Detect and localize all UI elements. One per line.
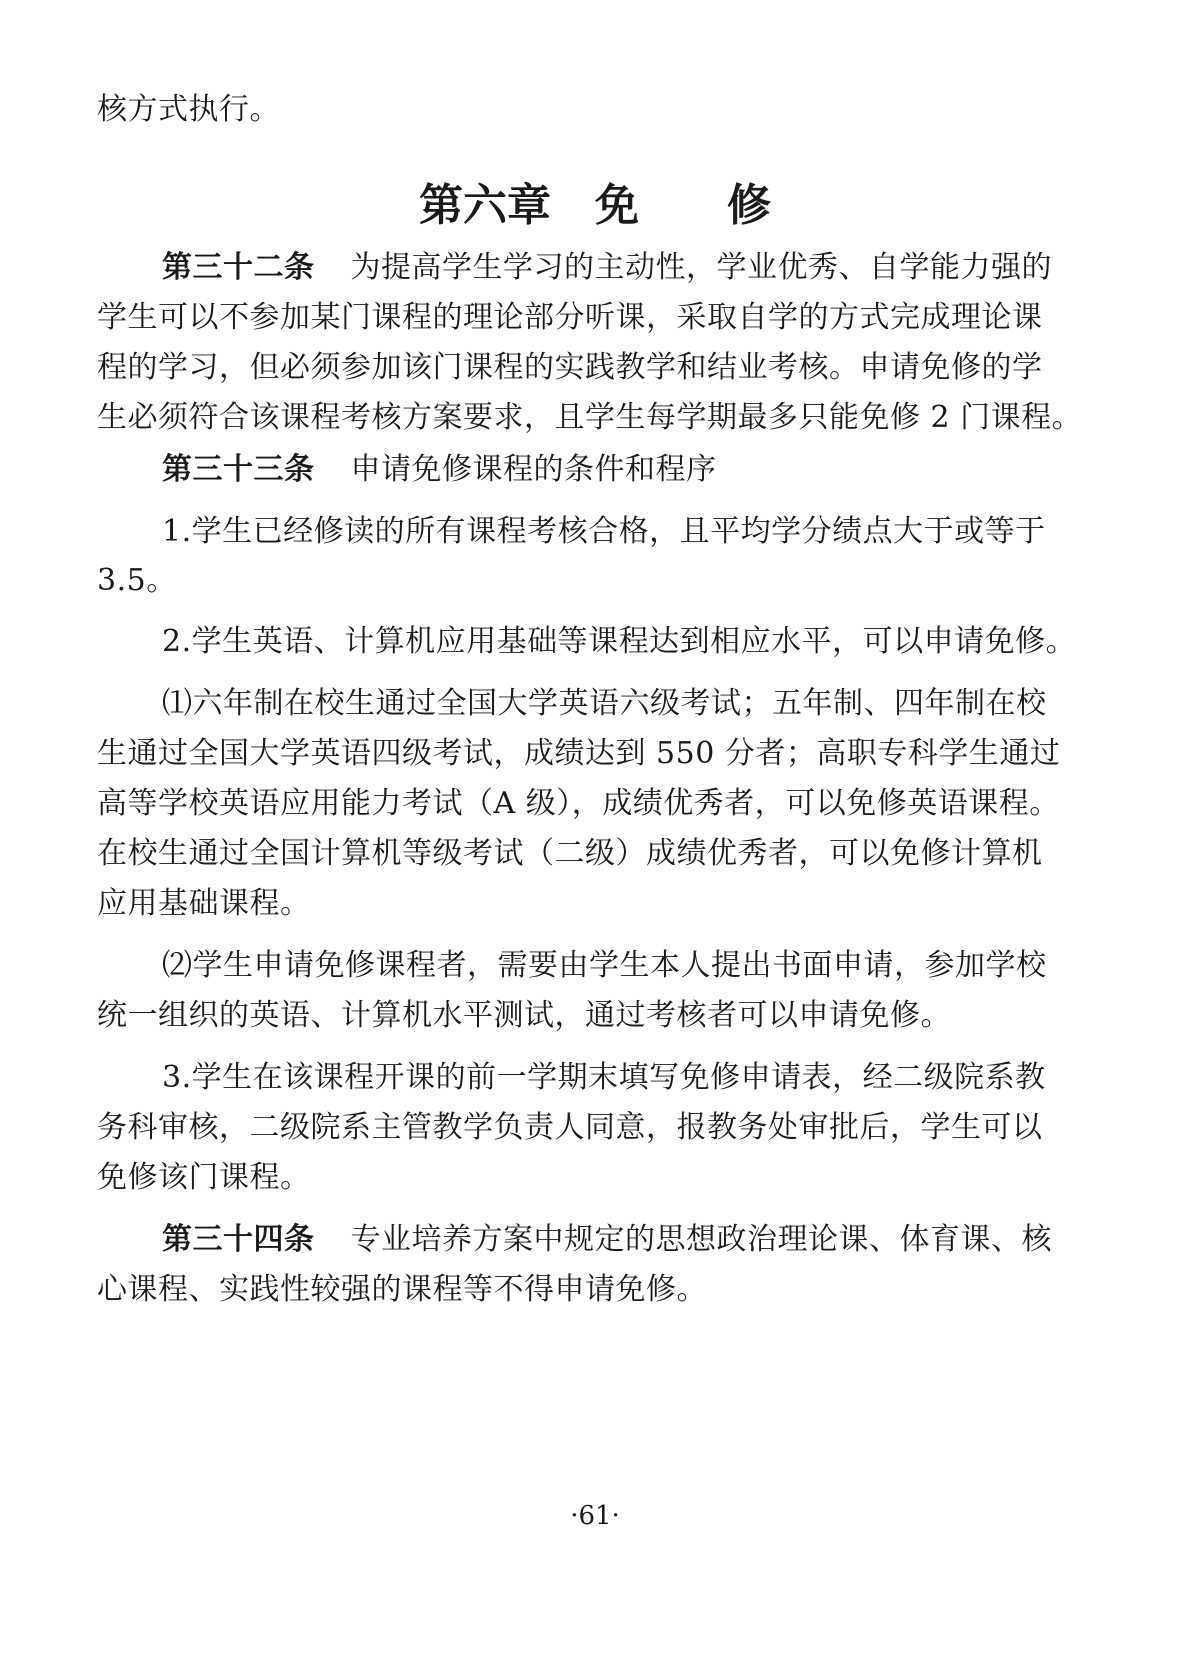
carryover-text: 核方式执行。 [97,90,1107,130]
chapter-number: 第六章 [419,180,551,231]
article-text: 专业培养方案中规定的思想政治理论课、体育课、核 [351,1222,1053,1257]
page-number: ·61· [0,1500,1190,1532]
item-2-1-line-2: 生通过全国大学英语四级考试，成绩达到 550 分者；高职专科学生通过 [97,734,1107,774]
article-label: 第三十三条 [162,452,315,487]
item-3-line-2: 务科审核，二级院系主管教学负责人同意，报教务处审批后，学生可以 [97,1108,1107,1148]
item-2-line-1: 2.学生英语、计算机应用基础等课程达到相应水平，可以申请免修。 [162,622,1172,662]
article-label: 第三十二条 [162,250,315,285]
item-2-1-line-4: 在校生通过全国计算机等级考试（二级）成绩优秀者，可以免修计算机 [97,834,1107,874]
chapter-name-char-2: 修 [727,180,771,231]
article-text: 为提高学生学习的主动性，学业优秀、自学能力强的 [351,250,1053,285]
item-3-line-3: 免修该门课程。 [97,1158,1107,1198]
article-32-line-2: 学生可以不参加某门课程的理论部分听课，采取自学的方式完成理论课 [97,298,1107,338]
article-34-line-2: 心课程、实践性较强的课程等不得申请免修。 [97,1270,1107,1310]
item-2-2-line-2: 统一组织的英语、计算机水平测试，通过考核者可以申请免修。 [97,996,1107,1036]
item-2-1-line-5: 应用基础课程。 [97,884,1107,924]
item-2-2-line-1: ⑵学生申请免修课程者，需要由学生本人提出书面申请，参加学校 [162,946,1172,986]
chapter-name-char-1: 免 [595,180,639,231]
article-34-line-1: 第三十四条专业培养方案中规定的思想政治理论课、体育课、核 [162,1220,1172,1260]
item-1-line-2: 3.5。 [97,561,1107,601]
chapter-title: 第六章免修 [0,178,1190,234]
article-label: 第三十四条 [162,1222,315,1257]
item-2-1-line-1: ⑴六年制在校生通过全国大学英语六级考试；五年制、四年制在校 [162,684,1172,724]
item-3-line-1: 3.学生在该课程开课的前一学期末填写免修申请表，经二级院系教 [162,1058,1172,1098]
article-33-line-1: 第三十三条申请免修课程的条件和程序 [162,450,1172,490]
article-32-line-4: 生必须符合该课程考核方案要求，且学生每学期最多只能免修 2 门课程。 [97,398,1107,438]
item-1-line-1: 1.学生已经修读的所有课程考核合格，且平均学分绩点大于或等于 [162,512,1172,552]
article-text: 申请免修课程的条件和程序 [351,452,717,487]
article-32-line-3: 程的学习，但必须参加该门课程的实践教学和结业考核。申请免修的学 [97,348,1107,388]
item-2-1-line-3: 高等学校英语应用能力考试（A 级），成绩优秀者，可以免修英语课程。 [97,784,1107,824]
article-32-line-1: 第三十二条为提高学生学习的主动性，学业优秀、自学能力强的 [162,248,1172,288]
